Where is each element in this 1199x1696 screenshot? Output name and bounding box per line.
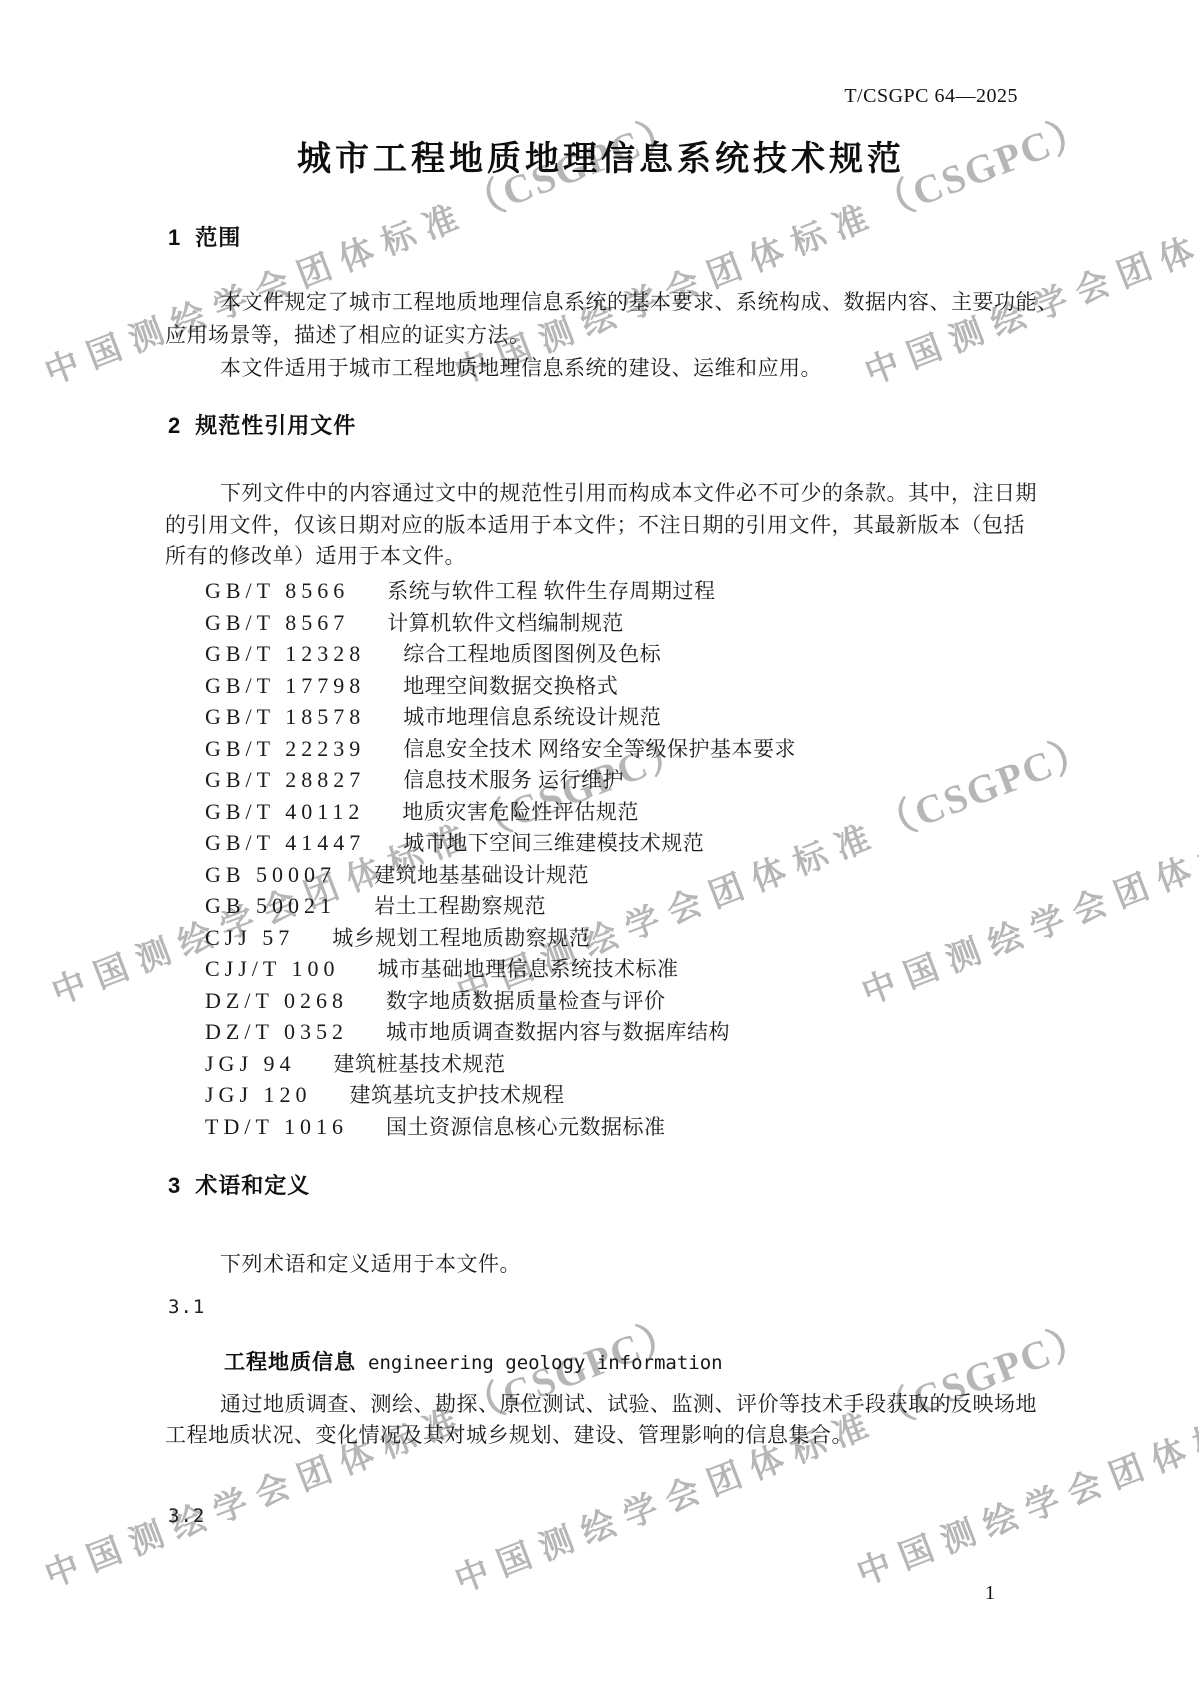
- reference-code: GB/T 41447: [205, 830, 365, 855]
- terms-intro-line: 下列术语和定义适用于本文件。: [220, 1252, 521, 1276]
- section-heading-terms-definitions: 3术语和定义: [168, 1174, 310, 1198]
- heading-label: 规范性引用文件: [195, 413, 356, 438]
- reference-title: 计算机软件文档编制规范: [387, 611, 624, 635]
- scope-para2-line1: 本文件适用于城市工程地质地理信息系统的建设、运维和应用。: [220, 356, 822, 380]
- clause-3-1-number: 3.1: [168, 1297, 205, 1318]
- reference-item: JGJ 120建筑基坑支护技术规程: [205, 1083, 565, 1107]
- reference-item: CJJ 57城乡规划工程地质勘察规范: [205, 926, 590, 950]
- reference-code: GB/T 28827: [205, 767, 365, 792]
- reference-item: GB 50021岩土工程勘察规范: [205, 894, 546, 918]
- reference-code: JGJ 94: [205, 1051, 296, 1076]
- reference-code: DZ/T 0352: [205, 1019, 348, 1044]
- references-intro-line3: 所有的修改单）适用于本文件。: [165, 544, 466, 568]
- reference-code: CJJ/T 100: [205, 956, 339, 981]
- reference-code: CJJ 57: [205, 925, 294, 950]
- heading-number: 3: [168, 1173, 180, 1198]
- reference-item: JGJ 94建筑桩基技术规范: [205, 1052, 506, 1076]
- heading-label: 术语和定义: [195, 1173, 310, 1198]
- reference-item: GB 50007建筑地基基础设计规范: [205, 863, 589, 887]
- reference-item: CJJ/T 100城市基础地理信息系统技术标准: [205, 957, 678, 981]
- reference-title: 地质灾害危险性评估规范: [402, 800, 639, 824]
- reference-title: 建筑地基基础设计规范: [374, 863, 589, 887]
- reference-item: TD/T 1016国土资源信息核心元数据标准: [205, 1115, 665, 1139]
- heading-label: 范围: [195, 225, 241, 250]
- reference-code: JGJ 120: [205, 1082, 312, 1107]
- reference-item: GB/T 17798地理空间数据交换格式: [205, 674, 618, 698]
- reference-title: 国土资源信息核心元数据标准: [386, 1115, 666, 1139]
- reference-title: 系统与软件工程 软件生存周期过程: [387, 579, 715, 603]
- reference-item: GB/T 8567计算机软件文档编制规范: [205, 611, 624, 635]
- reference-title: 地理空间数据交换格式: [403, 674, 618, 698]
- definition-line2: 工程地质状况、变化情况及其对城乡规划、建设、管理影响的信息集合。: [165, 1423, 853, 1447]
- reference-code: GB/T 22239: [205, 736, 365, 761]
- reference-item: DZ/T 0268数字地质数据质量检查与评价: [205, 989, 665, 1013]
- reference-title: 综合工程地质图图例及色标: [403, 642, 661, 666]
- reference-title: 城市基础地理信息系统技术标准: [377, 957, 678, 981]
- section-heading-scope: 1范围: [168, 226, 241, 250]
- page-title: 城市工程地质地理信息系统技术规范: [297, 141, 905, 178]
- reference-title: 建筑基坑支护技术规程: [350, 1083, 565, 1107]
- term-chinese: 工程地质信息: [224, 1351, 356, 1374]
- scope-para1-line1: 本文件规定了城市工程地质地理信息系统的基本要求、系统构成、数据内容、主要功能、: [220, 290, 1059, 314]
- references-intro-line1: 下列文件中的内容通过文中的规范性引用而构成本文件必不可少的条款。其中，注日期: [220, 481, 1037, 505]
- heading-number: 1: [168, 225, 180, 250]
- definition-line1: 通过地质调查、测绘、勘探、原位测试、试验、监测、评价等技术手段获取的反映场地: [220, 1392, 1037, 1416]
- reference-title: 城市地理信息系统设计规范: [403, 705, 661, 729]
- reference-title: 城市地下空间三维建模技术规范: [403, 831, 704, 855]
- reference-code: TD/T 1016: [205, 1114, 348, 1139]
- reference-title: 信息安全技术 网络安全等级保护基本要求: [403, 737, 796, 761]
- reference-code: GB 50007: [205, 862, 336, 887]
- reference-code: GB 50021: [205, 893, 336, 918]
- reference-title: 城乡规划工程地质勘察规范: [332, 926, 590, 950]
- term-english: engineering geology information: [368, 1352, 723, 1374]
- page-number: 1: [985, 1583, 995, 1603]
- reference-item: GB/T 41447城市地下空间三维建模技术规范: [205, 831, 704, 855]
- reference-code: GB/T 12328: [205, 641, 365, 666]
- section-heading-normative-references: 2规范性引用文件: [168, 414, 356, 438]
- document-content: T/CSGPC 64—2025 城市工程地质地理信息系统技术规范 1范围 本文件…: [0, 0, 1199, 1696]
- reference-item: DZ/T 0352城市地质调查数据内容与数据库结构: [205, 1020, 730, 1044]
- reference-item: GB/T 8566系统与软件工程 软件生存周期过程: [205, 579, 715, 603]
- reference-code: GB/T 8566: [205, 578, 349, 603]
- reference-item: GB/T 28827信息技术服务 运行维护: [205, 768, 624, 792]
- document-code: T/CSGPC 64—2025: [844, 86, 1018, 106]
- reference-title: 建筑桩基技术规范: [334, 1052, 506, 1076]
- document-page: 中国测绘学会团体标准（CSGPC） 中国测绘学会团体标准（CSGPC） 中国测绘…: [0, 0, 1199, 1696]
- reference-title: 信息技术服务 运行维护: [403, 768, 624, 792]
- scope-para1-line2: 应用场景等，描述了相应的证实方法。: [165, 323, 531, 347]
- reference-item: GB/T 18578城市地理信息系统设计规范: [205, 705, 661, 729]
- reference-code: GB/T 17798: [205, 673, 365, 698]
- reference-title: 数字地质数据质量检查与评价: [386, 989, 666, 1013]
- reference-code: GB/T 40112: [205, 799, 364, 824]
- reference-title: 城市地质调查数据内容与数据库结构: [386, 1020, 730, 1044]
- references-intro-line2: 的引用文件，仅该日期对应的版本适用于本文件；不注日期的引用文件，其最新版本（包括: [165, 513, 1025, 537]
- reference-code: GB/T 18578: [205, 704, 365, 729]
- clause-3-2-number: 3.2: [168, 1506, 205, 1527]
- reference-item: GB/T 12328综合工程地质图图例及色标: [205, 642, 661, 666]
- reference-item: GB/T 40112地质灾害危险性评估规范: [205, 800, 639, 824]
- term-line: 工程地质信息engineering geology information: [224, 1351, 723, 1374]
- reference-code: GB/T 8567: [205, 610, 349, 635]
- reference-code: DZ/T 0268: [205, 988, 348, 1013]
- reference-item: GB/T 22239信息安全技术 网络安全等级保护基本要求: [205, 737, 796, 761]
- reference-title: 岩土工程勘察规范: [374, 894, 546, 918]
- heading-number: 2: [168, 413, 180, 438]
